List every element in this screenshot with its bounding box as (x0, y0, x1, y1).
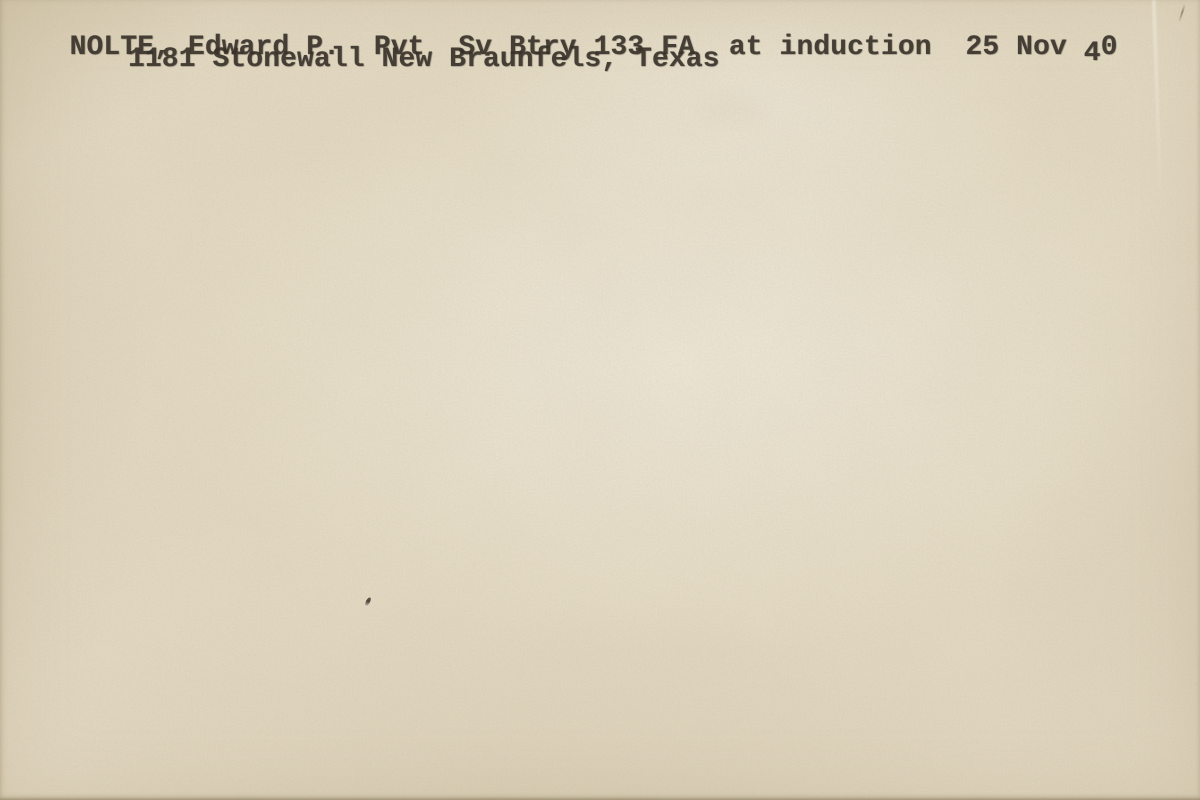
typed-year-dropped-digit: 4 (1084, 40, 1101, 68)
scanned-typewritten-card: NOLTE, Edward P. Pvt Sv Btry 133 FA at i… (0, 0, 1200, 800)
corner-scratch-mark (1178, 4, 1185, 22)
ink-speck-blemish (364, 597, 371, 607)
paper-grain-texture (0, 0, 1200, 800)
typed-line-address: 1181 Stonewall New Braunfels, Texas (128, 46, 720, 74)
paper-crease (1152, 0, 1163, 215)
typed-year-second-digit: 0 (1101, 32, 1118, 63)
